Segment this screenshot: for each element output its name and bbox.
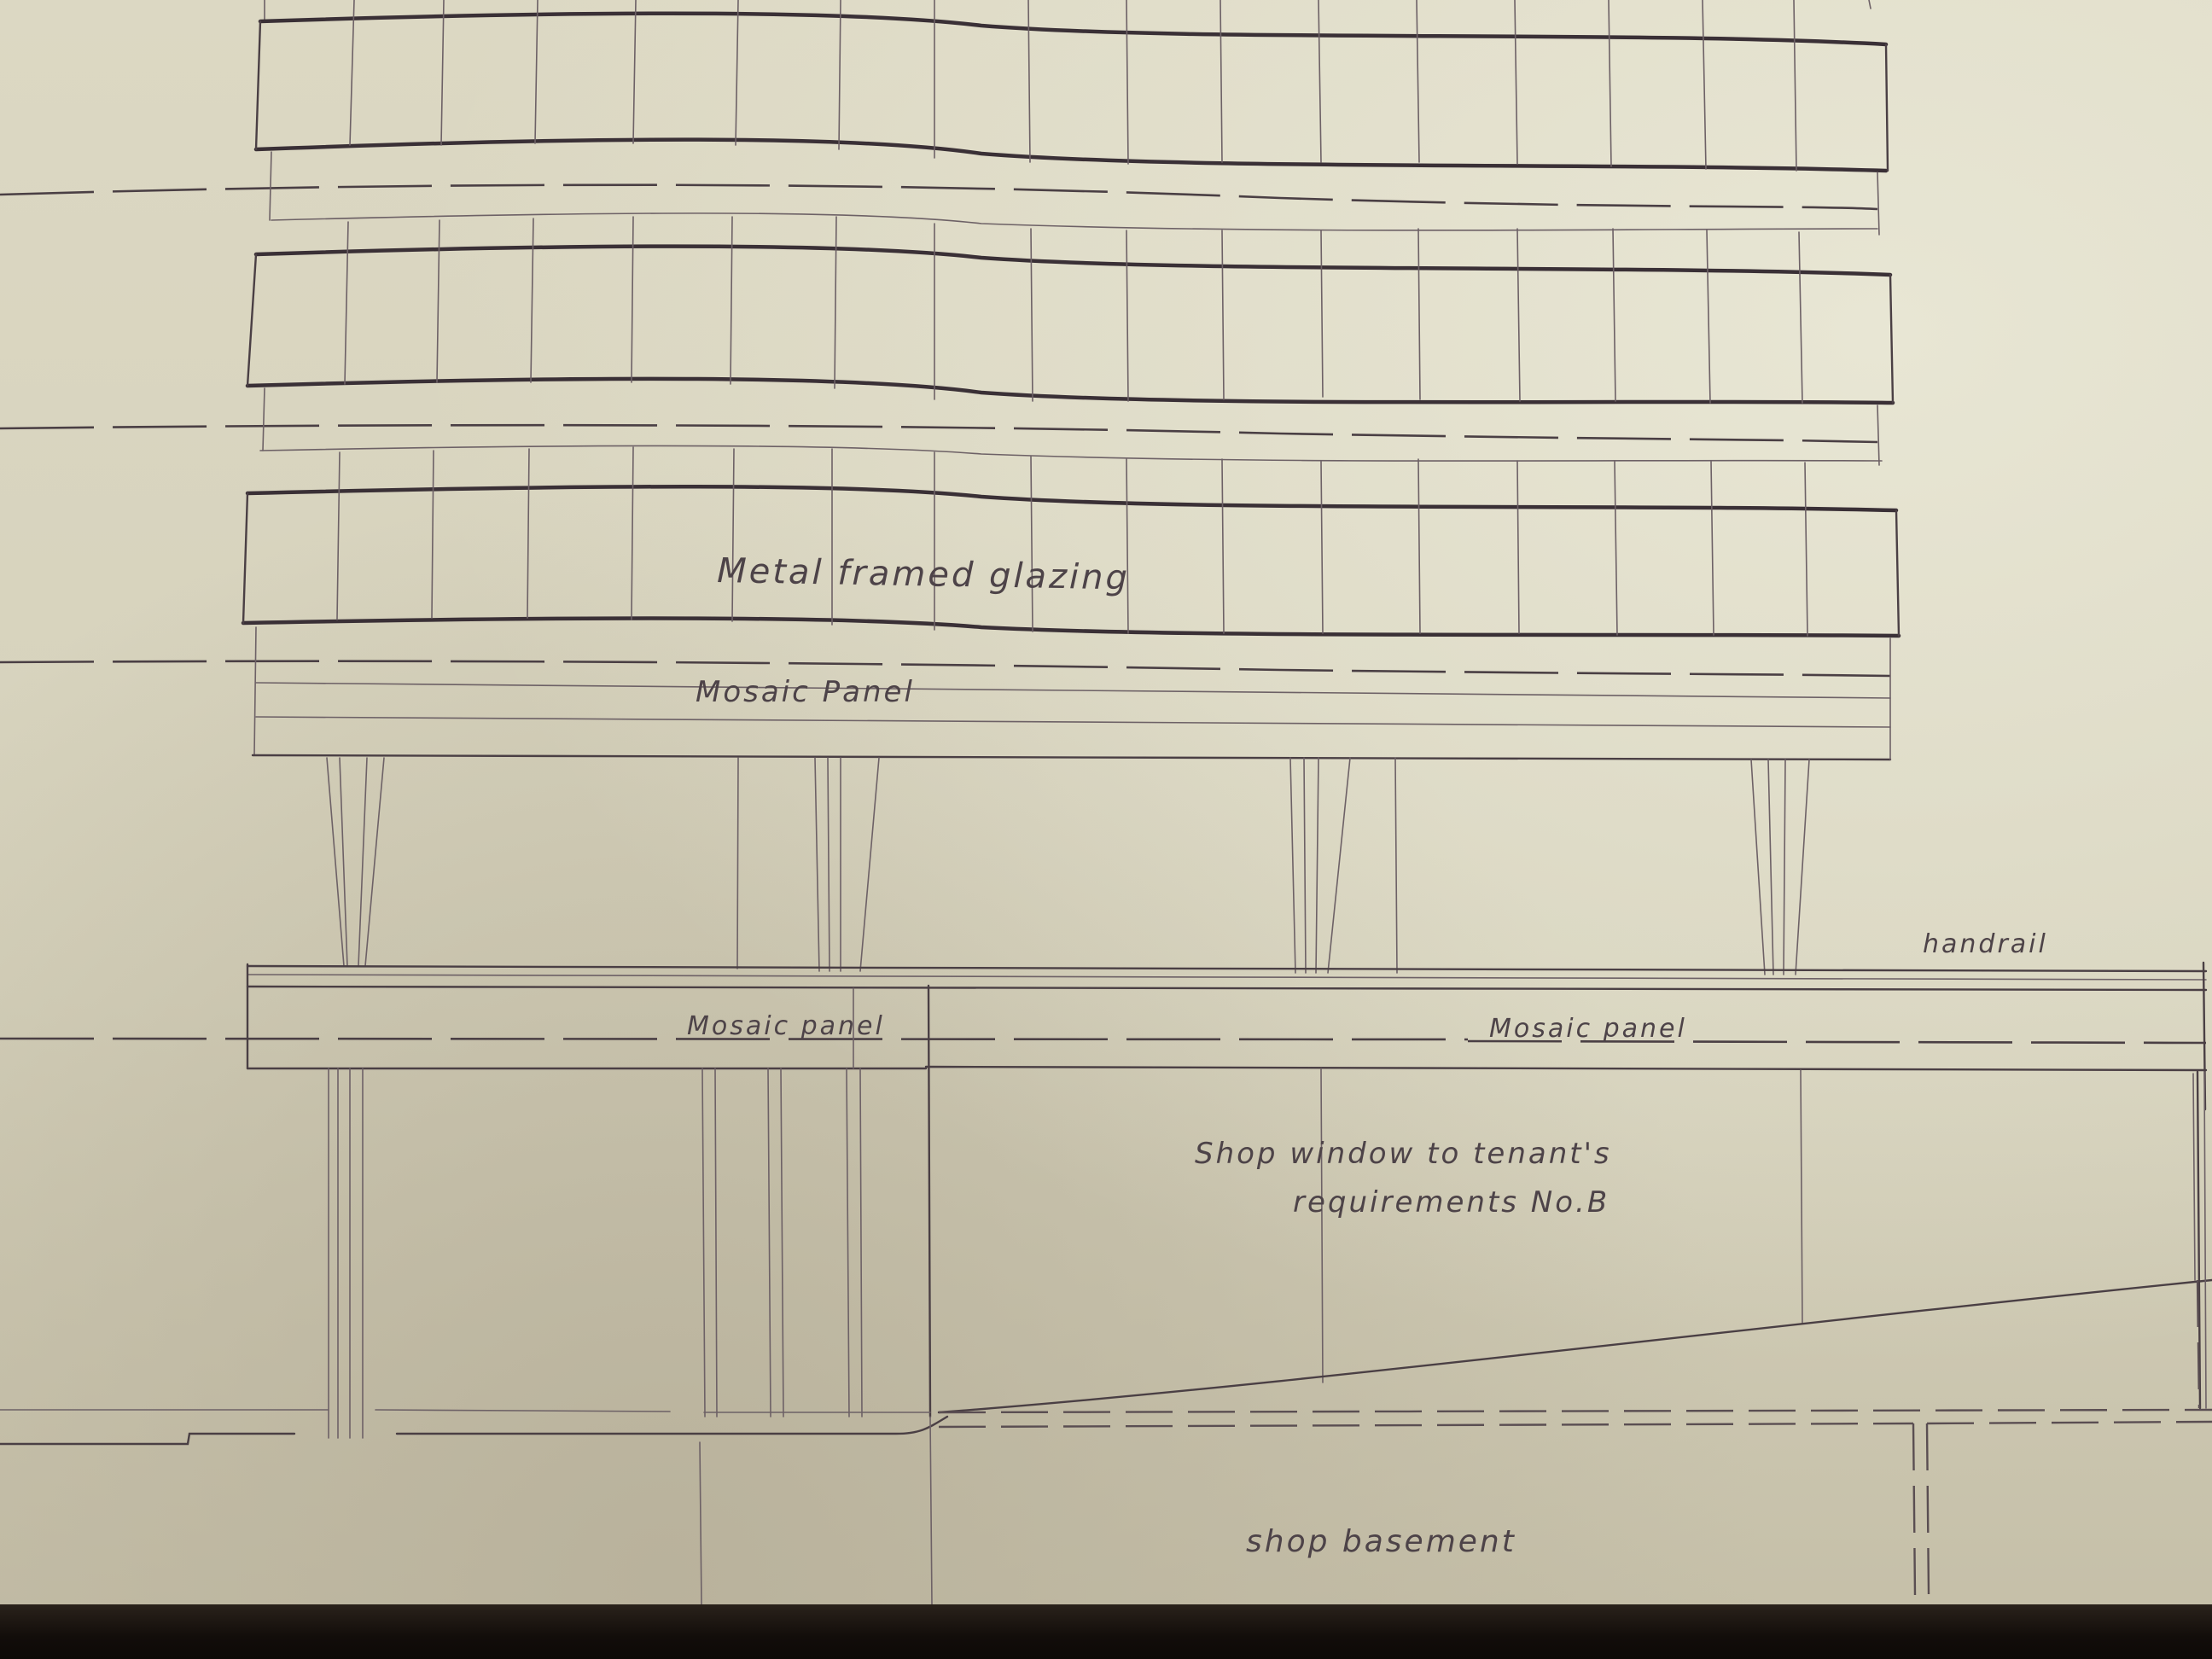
shop-basement-label: shop basement (1246, 1524, 1516, 1559)
handrail: handrail (247, 929, 2206, 1109)
glazing-mullions-2 (345, 217, 1802, 403)
shop-window-label-line2: requirements No.B (1293, 1185, 1610, 1220)
basement: shop basement (700, 1280, 2212, 1604)
glazing-band-3: Metal framed glazing (243, 447, 1899, 636)
glazing-label: Metal framed glazing (717, 551, 1130, 597)
glazing-mullions-1 (350, 0, 1796, 171)
lower-mosaic-panel: Mosaic panel Mosaic panel (0, 964, 2206, 1417)
pilotis-columns (327, 758, 1809, 975)
mosaic-panel-lower-right-label: Mosaic panel (1489, 1014, 1687, 1044)
handrail-label: handrail (1923, 929, 2048, 959)
shop-window-label-line1: Shop window to tenant's (1195, 1137, 1612, 1171)
mosaic-panel-lower-left-label: Mosaic panel (687, 1011, 885, 1041)
floor-line-1 (0, 185, 1877, 209)
upper-mosaic-panel: Mosaic Panel (0, 627, 1890, 760)
glazing-mullions-3 (337, 447, 1807, 636)
mosaic-panel-upper-label: Mosaic Panel (696, 675, 915, 709)
shop-front: Shop window to tenant's requirements No.… (0, 1068, 2212, 1444)
floor-line-2 (0, 425, 1877, 442)
glazing-band-1 (256, 0, 1888, 171)
table-surface-edge (0, 1604, 2212, 1659)
glazing-band-2 (247, 217, 1893, 403)
elevation-drawing: Metal framed glazing Mosaic Panel handra… (0, 0, 2212, 1659)
